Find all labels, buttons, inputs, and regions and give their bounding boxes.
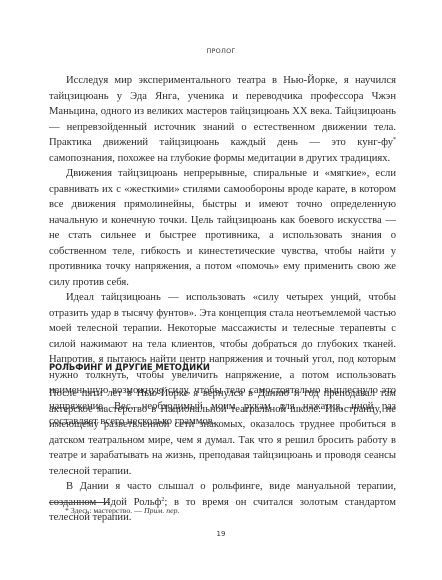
- footnote: * Здесь: мастерство. — Прим. пер.: [65, 506, 179, 515]
- footnote-text: Здесь: мастерство. —: [69, 506, 144, 515]
- book-page: ПРОЛОГ Исследуя мир экспериментального т…: [0, 0, 442, 580]
- paragraph: Движения тайцзицюань непрерывные, спирал…: [49, 166, 396, 290]
- footnote-marker: *: [393, 137, 396, 143]
- page-number: 19: [0, 530, 442, 538]
- section-prologue-body: Исследуя мир экспериментального театра в…: [49, 73, 396, 430]
- paragraph: Исследуя мир экспериментального театра в…: [49, 73, 396, 166]
- paragraph: После пяти лет в Нью-Йорке я вернулся в …: [49, 386, 396, 479]
- paragraph-text: Исследуя мир экспериментального театра в…: [49, 75, 396, 148]
- paragraph-text: самопознания, похожее на глубокие формы …: [49, 153, 390, 164]
- section-rolfing-body: После пяти лет в Нью-Йорке я вернулся в …: [49, 386, 396, 526]
- footnote-note: Прим. пер.: [144, 506, 180, 515]
- section-heading: РОЛЬФИНГ И ДРУГИЕ МЕТОДИКИ: [49, 362, 210, 372]
- running-head: ПРОЛОГ: [0, 47, 442, 55]
- footnote-divider: [49, 502, 110, 503]
